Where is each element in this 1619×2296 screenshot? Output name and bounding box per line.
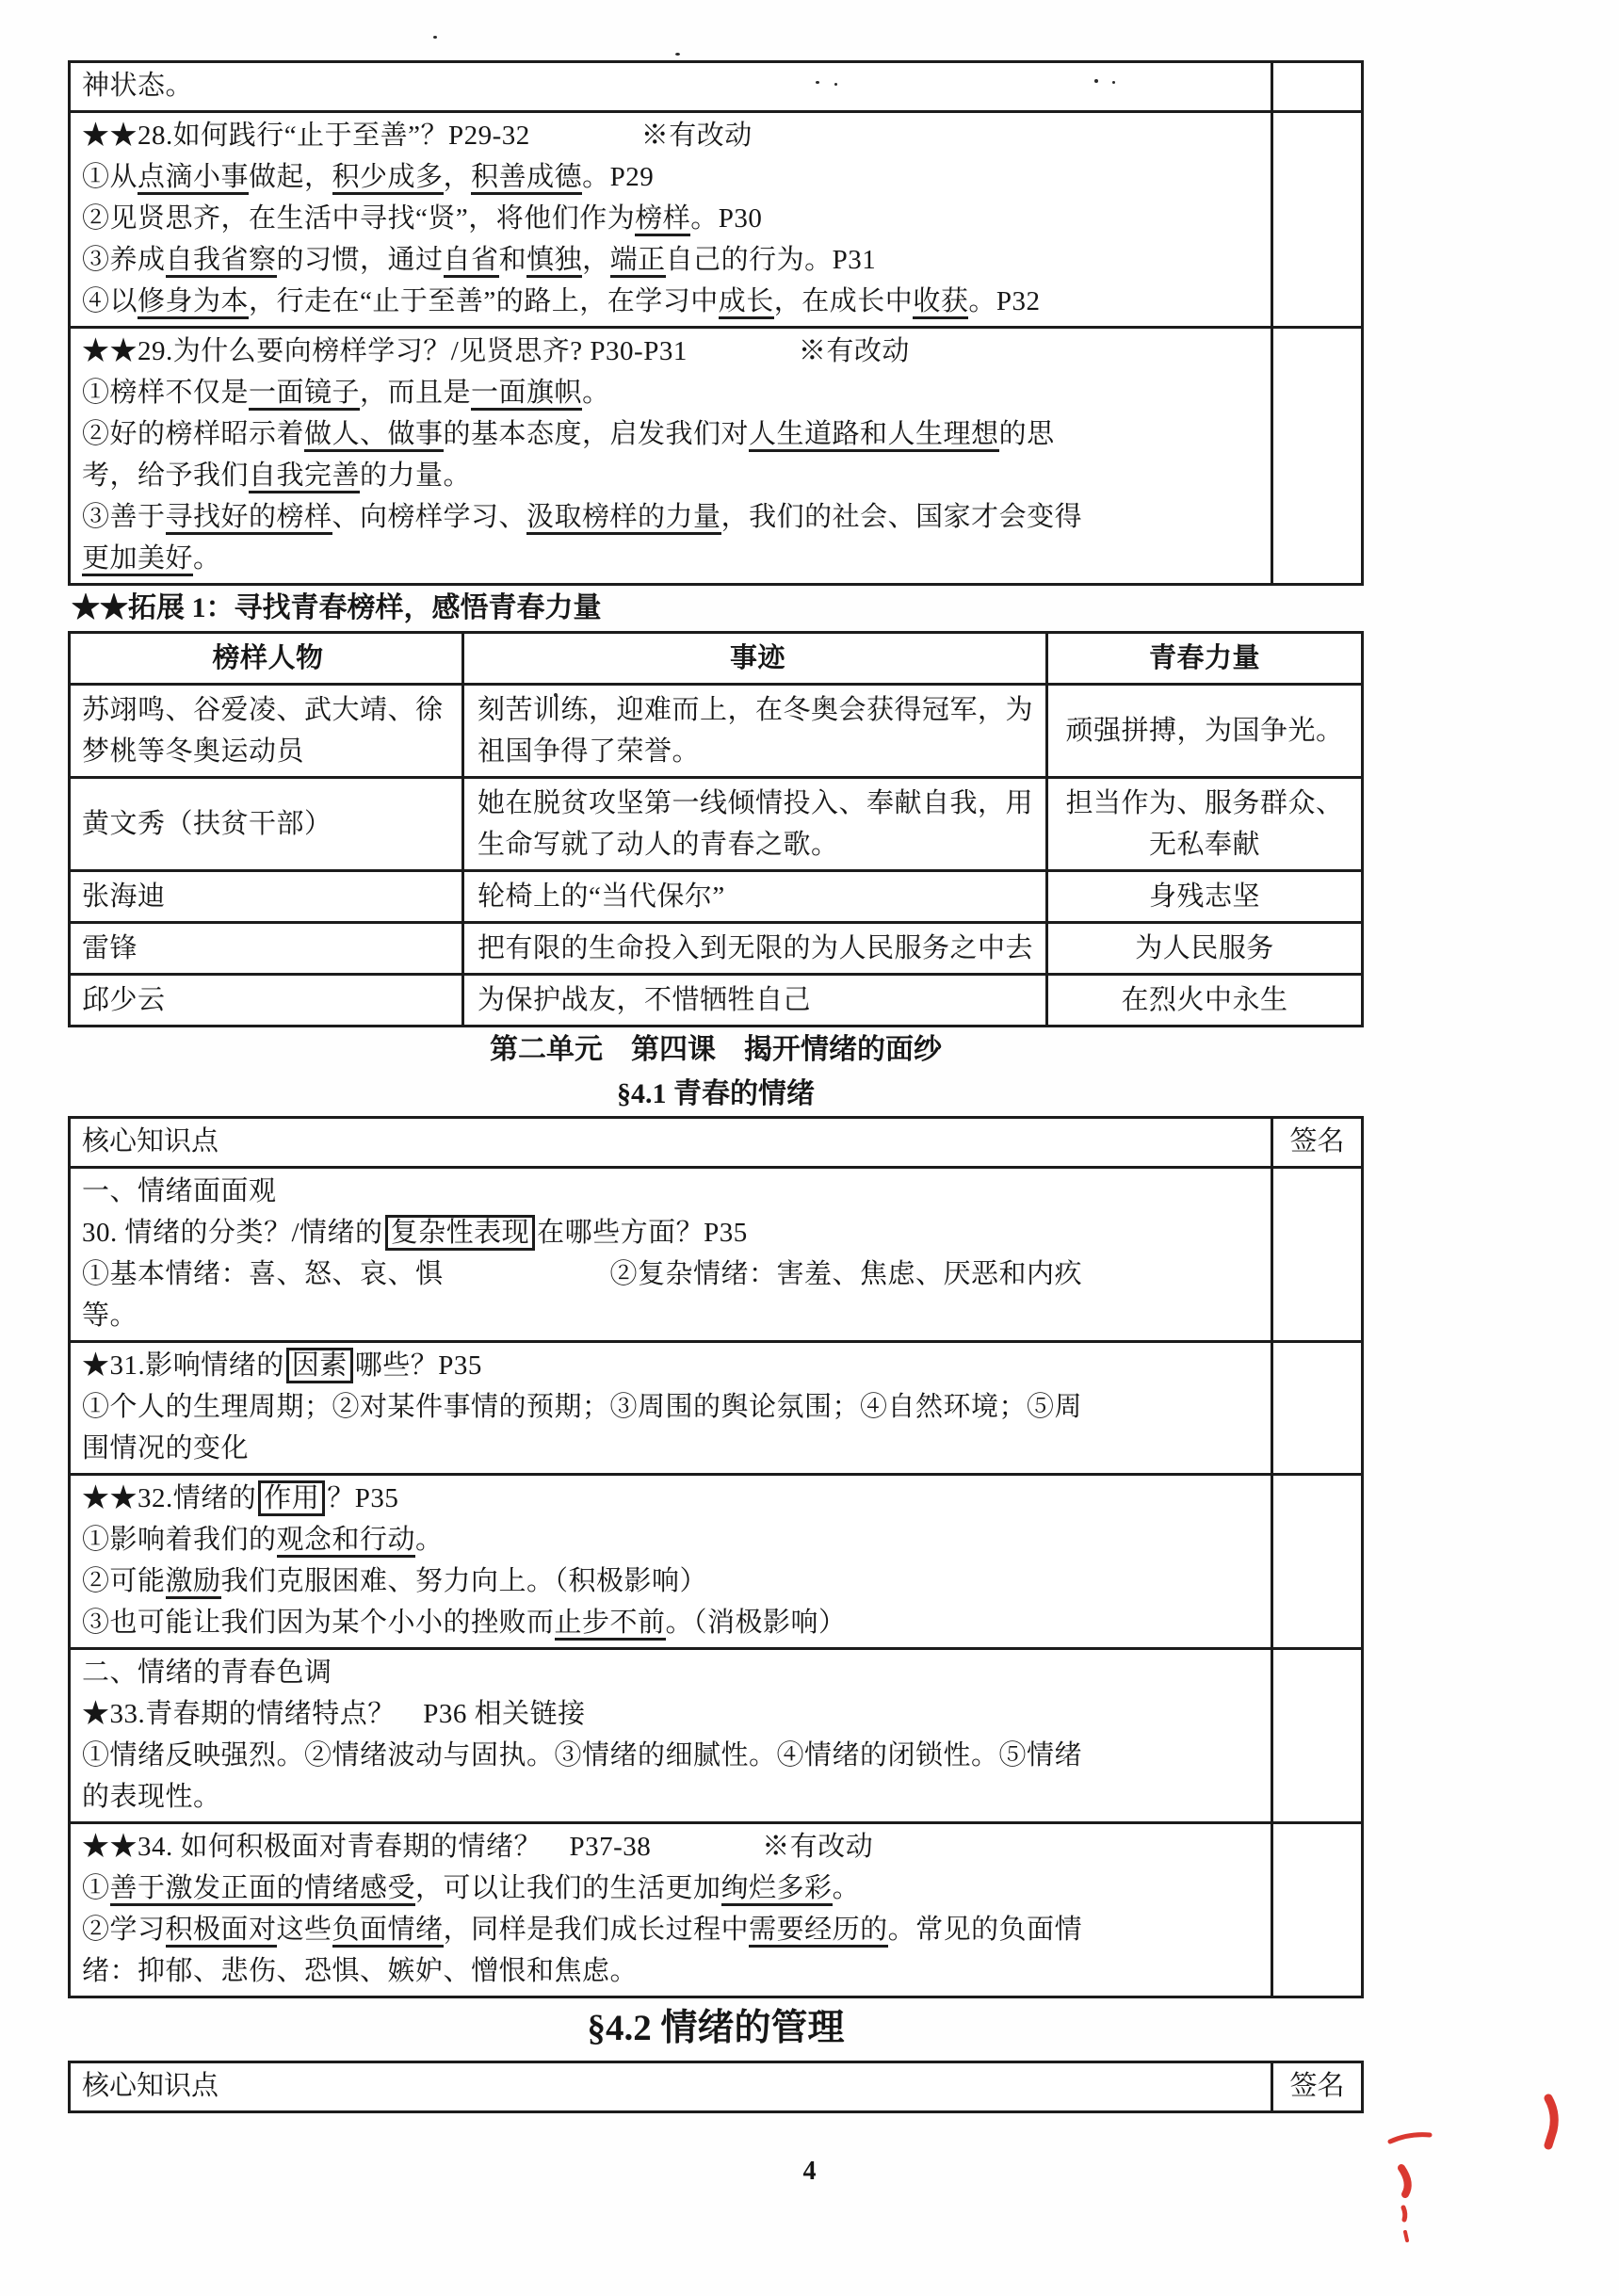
text-segment: 的基本态度，启发我们对	[444, 419, 750, 449]
underlined-term: 自我省察	[166, 245, 277, 278]
scan-speck	[554, 693, 558, 697]
table-row: 神状态。	[71, 63, 1361, 110]
cell-deeds: 为保护战友，不惜牺牲自己	[461, 976, 1045, 1025]
text-line: ①榜样不仅是一面镜子，而且是一面旗帜。	[82, 372, 1261, 413]
boxed-term: 复杂性表现	[385, 1215, 536, 1251]
text-segment: 。P32	[968, 286, 1040, 316]
red-dash-mark	[1390, 2135, 1430, 2142]
cell-signature	[1271, 1476, 1361, 1647]
underlined-term: 汲取榜样的力量	[526, 502, 721, 535]
text-segment: 做起，	[249, 162, 332, 192]
cell-person: 张海迪	[71, 872, 461, 921]
cell-signature	[1271, 1169, 1361, 1340]
text-line: ①情绪反映强烈。②情绪波动与固执。③情绪的细腻性。④情绪的闭锁性。⑤情绪	[82, 1735, 1261, 1776]
text-segment: 。P29	[582, 162, 654, 192]
underlined-term: 负面情绪	[332, 1915, 444, 1948]
cell-main: 一、情绪面面观30. 情绪的分类？/情绪的复杂性表现在哪些方面？P35 ①基本情…	[71, 1169, 1271, 1340]
table-row: 苏翊鸣、谷爱凌、武大靖、徐梦桃等冬奥运动员刻苦训练，迎难而上，在冬奥会获得冠军，…	[71, 683, 1361, 776]
text-segment: ，我们的社会、国家才会变得	[721, 502, 1083, 532]
table-row: ★★28.如何践行“止于至善”？P29-32 ※有改动①从点滴小事做起，积少成多…	[71, 110, 1361, 326]
text-segment: 。P30	[690, 203, 762, 234]
text-line: ②见贤思齐，在生活中寻找“贤”，将他们作为榜样。P30	[82, 198, 1261, 239]
text-segment: 哪些？P35	[355, 1350, 482, 1381]
text-line: ★31.影响情绪的因素哪些？P35	[82, 1345, 1261, 1386]
scan-speck	[834, 83, 837, 86]
table-core-knowledge-4-1: 核心知识点签名一、情绪面面观30. 情绪的分类？/情绪的复杂性表现在哪些方面？P…	[68, 1116, 1364, 1998]
text-segment: ③也可能让我们因为某个小小的挫败而	[82, 1608, 555, 1638]
text-segment: 和	[499, 245, 527, 275]
cell-signature	[1271, 1343, 1361, 1473]
text-line: ①个人的生理周期；②对某件事情的预期；③周围的舆论氛围；④自然环境；⑤周	[82, 1386, 1261, 1428]
underlined-term: 慎独	[526, 245, 582, 278]
table-row: ★★34. 如何积极面对青春期的情绪？ P37-38 ※有改动①善于激发正面的情…	[71, 1821, 1361, 1996]
text-segment: 。	[582, 378, 610, 408]
text-segment: 围情况的变化	[82, 1433, 249, 1463]
underlined-term: 善于激发正面的情绪感受	[110, 1873, 416, 1906]
section-4-2-title: §4.2 情绪的管理	[68, 2000, 1364, 2057]
cell-signature	[1271, 63, 1361, 110]
text-segment: ③养成	[82, 245, 166, 275]
red-pen-marks	[1347, 2083, 1601, 2281]
cell-deeds: 轮椅上的“当代保尔”	[461, 872, 1045, 921]
text-segment: 自己的行为。P31	[666, 245, 877, 275]
underlined-term: 观念和行动	[277, 1525, 416, 1558]
boxed-term: 因素	[286, 1348, 353, 1383]
underlined-term: 自省	[444, 245, 499, 278]
cell-main: ★★28.如何践行“止于至善”？P29-32 ※有改动①从点滴小事做起，积少成多…	[71, 113, 1271, 326]
text-line: ★★32.情绪的作用？P35	[82, 1478, 1261, 1519]
boxed-term: 作用	[258, 1480, 325, 1516]
column-header-main: 核心知识点	[71, 1119, 1271, 1166]
text-line: ★★29.为什么要向榜样学习？/见贤思齐? P30-P31 ※有改动	[82, 331, 1261, 372]
column-header: 榜样人物	[71, 634, 461, 683]
cell-deeds: 她在脱贫攻坚第一线倾情投入、奉献自我，用生命写就了动人的青春之歌。	[461, 779, 1045, 869]
text-segment: 神状态。	[82, 71, 193, 101]
cell-signature	[1271, 1650, 1361, 1821]
text-segment: 这些	[277, 1915, 332, 1945]
red-stroke-mark	[1548, 2098, 1554, 2145]
cell-main: ★★29.为什么要向榜样学习？/见贤思齐? P30-P31 ※有改动①榜样不仅是…	[71, 329, 1271, 583]
cell-main: ★★34. 如何积极面对青春期的情绪？ P37-38 ※有改动①善于激发正面的情…	[71, 1824, 1271, 1996]
table-row: ★★29.为什么要向榜样学习？/见贤思齐? P30-P31 ※有改动①榜样不仅是…	[71, 326, 1361, 583]
text-segment: 的表现性。	[82, 1782, 221, 1812]
text-segment: 。（消极影响）	[666, 1608, 847, 1638]
column-header: 青春力量	[1045, 634, 1361, 683]
table-row: 二、情绪的青春色调★33.青春期的情绪特点？ P36 相关链接①情绪反映强烈。②…	[71, 1647, 1361, 1821]
text-line: 的表现性。	[82, 1776, 1261, 1818]
text-segment: ，在成长中	[774, 286, 914, 316]
text-segment: 考，给予我们	[82, 461, 249, 491]
text-line: 考，给予我们自我完善的力量。	[82, 455, 1261, 496]
text-segment: 。	[193, 543, 221, 574]
text-segment: 的习惯，通过	[277, 245, 444, 275]
table-row: 一、情绪面面观30. 情绪的分类？/情绪的复杂性表现在哪些方面？P35 ①基本情…	[71, 1166, 1361, 1340]
table-header-row: 核心知识点签名	[71, 1119, 1361, 1166]
text-segment: 。常见的负面情	[888, 1915, 1083, 1945]
cell-signature	[1271, 1824, 1361, 1996]
table-header-row: 榜样人物事迹青春力量	[71, 634, 1361, 683]
text-segment: 。	[833, 1873, 861, 1903]
column-header-sign: 签名	[1271, 1119, 1361, 1166]
underlined-term: 一面旗帜	[471, 378, 582, 411]
table-role-models: 榜样人物事迹青春力量苏翊鸣、谷爱凌、武大靖、徐梦桃等冬奥运动员刻苦训练，迎难而上…	[68, 631, 1364, 1027]
text-line: 一、情绪面面观	[82, 1171, 1261, 1212]
table-row: ★31.影响情绪的因素哪些？P35①个人的生理周期；②对某件事情的预期；③周围的…	[71, 1340, 1361, 1473]
underlined-term: 积极面对	[166, 1915, 277, 1948]
underlined-term: 修身为本	[138, 286, 249, 319]
underlined-term: 需要经历的	[749, 1915, 888, 1948]
text-segment: 的思	[999, 419, 1055, 449]
underlined-term: 激励	[166, 1566, 221, 1599]
text-segment: ？P35	[327, 1483, 398, 1513]
text-segment: 二、情绪的青春色调	[82, 1657, 332, 1688]
text-segment: ①个人的生理周期；②对某件事情的预期；③周围的舆论氛围；④自然环境；⑤周	[82, 1392, 1082, 1422]
cell-power: 身残志坚	[1045, 872, 1361, 921]
cell-main: ★★32.情绪的作用？P35①影响着我们的观念和行动。②可能激励我们克服困难、努…	[71, 1476, 1271, 1647]
cell-signature	[1271, 113, 1361, 326]
underlined-term: 人生道路和人生理想	[749, 419, 999, 452]
unit-title: 第二单元 第四课 揭开情绪的面纱	[68, 1027, 1364, 1072]
text-line: ★33.青春期的情绪特点？ P36 相关链接	[82, 1693, 1261, 1735]
scan-speck	[675, 53, 680, 56]
text-segment: ★★32.情绪的	[82, 1483, 256, 1513]
text-segment: ②可能	[82, 1566, 166, 1596]
text-line: ②学习积极面对这些负面情绪，同样是我们成长过程中需要经历的。常见的负面情	[82, 1909, 1261, 1950]
cell-person: 雷锋	[71, 924, 461, 973]
cell-main: 神状态。	[71, 63, 1271, 110]
text-segment: ，可以让我们的生活更加	[415, 1873, 721, 1903]
cell-deeds: 刻苦训练，迎难而上，在冬奥会获得冠军，为祖国争得了荣誉。	[461, 686, 1045, 776]
text-segment: ①影响着我们的	[82, 1525, 277, 1555]
underlined-term: 更加美好	[82, 543, 193, 576]
underlined-term: 止步不前	[555, 1608, 666, 1641]
text-line: 等。	[82, 1295, 1261, 1336]
cell-signature	[1271, 329, 1361, 583]
scan-speck	[433, 36, 437, 39]
column-header-main: 核心知识点	[71, 2063, 1271, 2110]
table-row: 张海迪轮椅上的“当代保尔”身残志坚	[71, 869, 1361, 921]
underlined-term: 绚烂多彩	[721, 1873, 833, 1906]
underlined-term: 成长	[719, 286, 774, 319]
text-segment: ，同样是我们成长过程中	[444, 1915, 750, 1945]
table-row: 邱少云为保护战友，不惜牺牲自己在烈火中永生	[71, 973, 1361, 1025]
text-line: ①善于激发正面的情绪感受，可以让我们的生活更加绚烂多彩。	[82, 1868, 1261, 1909]
text-line: 绪：抑郁、悲伤、恐惧、嫉妒、憎恨和焦虑。	[82, 1950, 1261, 1992]
text-segment: ★★28.如何践行“止于至善”？P29-32 ※有改动	[82, 121, 753, 151]
text-segment: ②学习	[82, 1915, 166, 1945]
document-page: { "page_number": "4", "titles": { "unit"…	[0, 0, 1619, 2296]
content-area: 神状态。★★28.如何践行“止于至善”？P29-32 ※有改动①从点滴小事做起，…	[68, 60, 1364, 2113]
text-segment: 一、情绪面面观	[82, 1176, 277, 1206]
text-segment: ，	[444, 162, 472, 192]
underlined-term: 做人、做事	[304, 419, 444, 452]
scan-speck	[957, 946, 961, 948]
text-segment: 30. 情绪的分类？/情绪的	[82, 1218, 383, 1248]
table-core-knowledge-4-2: 核心知识点签名	[68, 2061, 1364, 2113]
cell-main: 二、情绪的青春色调★33.青春期的情绪特点？ P36 相关链接①情绪反映强烈。②…	[71, 1650, 1271, 1821]
text-line: ②好的榜样昭示着做人、做事的基本态度，启发我们对人生道路和人生理想的思	[82, 413, 1261, 455]
red-check-mark	[1403, 2207, 1405, 2220]
table-header-row: 核心知识点签名	[71, 2063, 1361, 2110]
text-line: ★★28.如何践行“止于至善”？P29-32 ※有改动	[82, 115, 1261, 156]
cell-deeds: 把有限的生命投入到无限的为人民服务之中去	[461, 924, 1045, 973]
text-line: ④以修身为本，行走在“止于至善”的路上，在学习中成长，在成长中收获。P32	[82, 281, 1261, 322]
scan-speck	[816, 81, 819, 84]
text-segment: ★★34. 如何积极面对青春期的情绪？ P37-38 ※有改动	[82, 1832, 873, 1862]
column-header: 事迹	[461, 634, 1045, 683]
text-segment: 在哪些方面？P35	[537, 1218, 748, 1248]
cell-power: 顽强拼搏，为国争光。	[1045, 686, 1361, 776]
text-segment: ②好的榜样昭示着	[82, 419, 304, 449]
underlined-term: 积善成德	[471, 162, 582, 195]
text-segment: ③善于	[82, 502, 166, 532]
text-line: ①基本情绪：喜、怒、哀、惧 ②复杂情绪：害羞、焦虑、厌恶和内疚	[82, 1253, 1261, 1295]
underlined-term: 寻找好的榜样	[166, 502, 332, 535]
table-row: 雷锋把有限的生命投入到无限的为人民服务之中去为人民服务	[71, 921, 1361, 973]
expansion-heading: ★★拓展 1：寻找青春榜样，感悟青春力量	[68, 586, 1364, 631]
table-row: 黄文秀（扶贫干部）她在脱贫攻坚第一线倾情投入、奉献自我，用生命写就了动人的青春之…	[71, 776, 1361, 869]
underlined-term: 收获	[913, 286, 968, 319]
text-segment: 。	[415, 1525, 444, 1555]
underlined-term: 自我完善	[249, 461, 360, 493]
text-line: ③善于寻找好的榜样、向榜样学习、汲取榜样的力量，我们的社会、国家才会变得	[82, 496, 1261, 538]
underlined-term: 积少成多	[332, 162, 444, 195]
section-4-1-title: §4.1 青春的情绪	[68, 1072, 1364, 1116]
text-line: 神状态。	[82, 65, 1261, 106]
text-segment: 我们克服困难、努力向上。（积极影响）	[221, 1566, 708, 1596]
text-segment: ②见贤思齐，在生活中寻找“贤”，将他们作为	[82, 203, 635, 234]
cell-person: 苏翊鸣、谷爱凌、武大靖、徐梦桃等冬奥运动员	[71, 686, 461, 776]
text-segment: ★33.青春期的情绪特点？ P36 相关链接	[82, 1699, 586, 1729]
text-segment: ①基本情绪：喜、怒、哀、惧 ②复杂情绪：害羞、焦虑、厌恶和内疚	[82, 1259, 1082, 1289]
underlined-term: 榜样	[635, 203, 690, 236]
table-row: ★★32.情绪的作用？P35①影响着我们的观念和行动。②可能激励我们克服困难、努…	[71, 1473, 1361, 1647]
cell-main: ★31.影响情绪的因素哪些？P35①个人的生理周期；②对某件事情的预期；③周围的…	[71, 1343, 1271, 1473]
text-segment: 等。	[82, 1301, 138, 1331]
text-segment: ①榜样不仅是	[82, 378, 249, 408]
text-line: 二、情绪的青春色调	[82, 1652, 1261, 1693]
text-segment: ①从	[82, 162, 138, 192]
text-line: 更加美好。	[82, 538, 1261, 579]
text-line: 30. 情绪的分类？/情绪的复杂性表现在哪些方面？P35	[82, 1212, 1261, 1253]
red-check-mark	[1401, 2168, 1408, 2194]
text-line: ①从点滴小事做起，积少成多，积善成德。P29	[82, 156, 1261, 198]
cell-power: 担当作为、服务群众、无私奉献	[1045, 779, 1361, 869]
red-check-mark	[1405, 2232, 1407, 2240]
text-line: ①影响着我们的观念和行动。	[82, 1519, 1261, 1560]
text-line: ★★34. 如何积极面对青春期的情绪？ P37-38 ※有改动	[82, 1826, 1261, 1868]
text-segment: ，	[582, 245, 610, 275]
text-line: ③养成自我省察的习惯，通过自省和慎独，端正自己的行为。P31	[82, 239, 1261, 281]
underlined-term: 端正	[610, 245, 666, 278]
text-segment: 绪：抑郁、悲伤、恐惧、嫉妒、憎恨和焦虑。	[82, 1956, 638, 1986]
cell-person: 邱少云	[71, 976, 461, 1025]
cell-power: 为人民服务	[1045, 924, 1361, 973]
text-segment: 的力量。	[360, 461, 471, 491]
text-segment: ，行走在“止于至善”的路上，在学习中	[249, 286, 719, 316]
cell-power: 在烈火中永生	[1045, 976, 1361, 1025]
underlined-term: 点滴小事	[138, 162, 249, 195]
text-segment: ①情绪反映强烈。②情绪波动与固执。③情绪的细腻性。④情绪的闭锁性。⑤情绪	[82, 1740, 1082, 1771]
underlined-term: 一面镜子	[249, 378, 360, 411]
text-segment: ①	[82, 1873, 110, 1903]
text-segment: ★31.影响情绪的	[82, 1350, 284, 1381]
text-line: 围情况的变化	[82, 1428, 1261, 1469]
text-segment: 、向榜样学习、	[332, 502, 527, 532]
scan-speck	[1094, 79, 1098, 83]
text-line: ②可能激励我们克服困难、努力向上。（积极影响）	[82, 1560, 1261, 1602]
text-segment: ★★29.为什么要向榜样学习？/见贤思齐? P30-P31 ※有改动	[82, 336, 910, 366]
text-segment: ④以	[82, 286, 138, 316]
cell-person: 黄文秀（扶贫干部）	[71, 779, 461, 869]
scan-speck	[1112, 81, 1115, 84]
table-practice-notes: 神状态。★★28.如何践行“止于至善”？P29-32 ※有改动①从点滴小事做起，…	[68, 60, 1364, 586]
text-line: ③也可能让我们因为某个小小的挫败而止步不前。（消极影响）	[82, 1602, 1261, 1643]
text-segment: ，而且是	[360, 378, 471, 408]
